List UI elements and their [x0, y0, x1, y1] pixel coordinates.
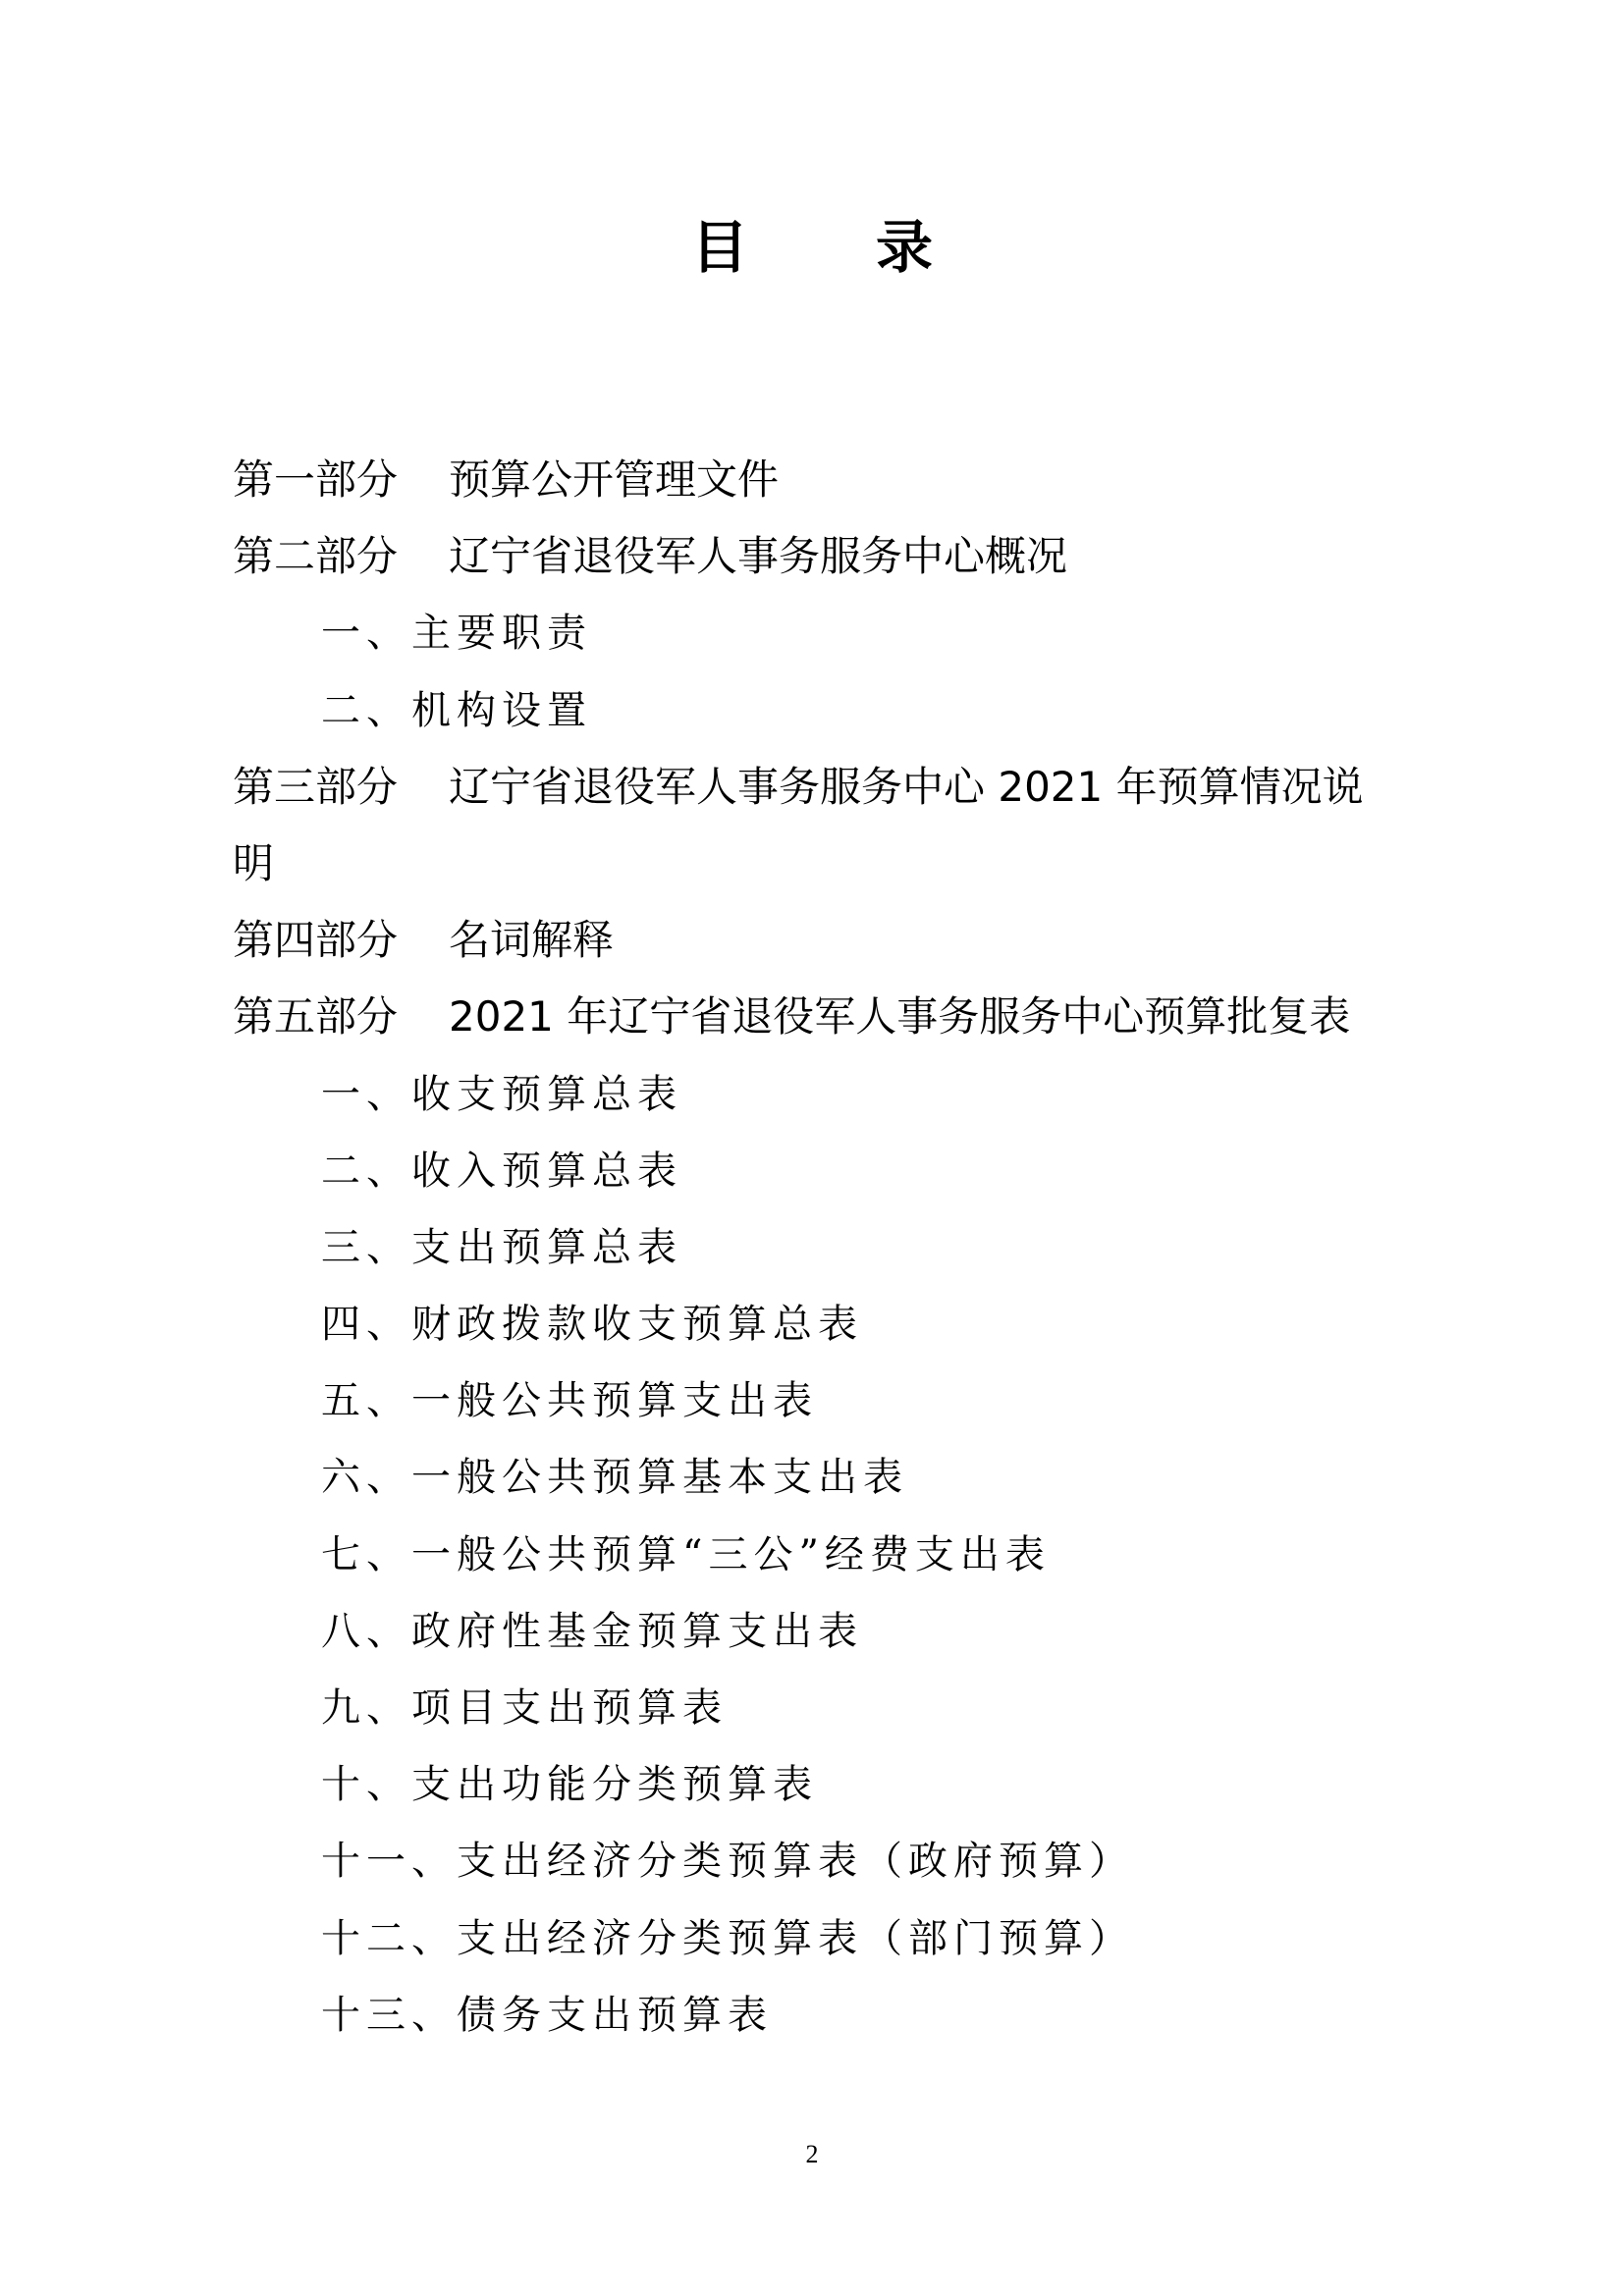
toc-item[interactable]: 十三、债务支出预算表: [233, 1977, 1411, 2054]
toc-item[interactable]: 一、主要职责: [233, 595, 1411, 671]
toc-item[interactable]: 二、机构设置: [233, 672, 1411, 749]
toc-item[interactable]: 十、支出功能分类预算表: [233, 1746, 1411, 1823]
toc-item[interactable]: 四、财政拨款收支预算总表: [233, 1286, 1411, 1362]
toc-part-5[interactable]: 第五部分2021 年辽宁省退役军人事务服务中心预算批复表: [233, 979, 1411, 1055]
toc-item[interactable]: 二、收入预算总表: [233, 1133, 1411, 1209]
page-number: 2: [0, 2140, 1624, 2169]
toc-item[interactable]: 三、支出预算总表: [233, 1209, 1411, 1286]
toc-part-3-continuation[interactable]: 明: [233, 826, 1411, 902]
toc-item[interactable]: 九、项目支出预算表: [233, 1670, 1411, 1746]
title-char-left: 目: [691, 201, 748, 284]
toc-item[interactable]: 十一、支出经济分类预算表（政府预算）: [233, 1823, 1411, 1899]
toc-item[interactable]: 十二、支出经济分类预算表（部门预算）: [233, 1900, 1411, 1977]
toc-part-3[interactable]: 第三部分辽宁省退役军人事务服务中心 2021 年预算情况说: [233, 749, 1411, 826]
toc-item[interactable]: 六、一般公共预算基本支出表: [233, 1439, 1411, 1516]
toc-part-2[interactable]: 第二部分辽宁省退役军人事务服务中心概况: [233, 518, 1411, 595]
toc-part-4[interactable]: 第四部分名词解释: [233, 902, 1411, 979]
toc-item[interactable]: 八、政府性基金预算支出表: [233, 1593, 1411, 1670]
table-of-contents: 第一部分预算公开管理文件 第二部分辽宁省退役军人事务服务中心概况 一、主要职责 …: [233, 442, 1411, 2054]
toc-item[interactable]: 一、收支预算总表: [233, 1056, 1411, 1133]
toc-item[interactable]: 七、一般公共预算“三公”经费支出表: [233, 1517, 1411, 1593]
toc-part-1[interactable]: 第一部分预算公开管理文件: [233, 442, 1411, 518]
title-char-right: 录: [876, 201, 933, 284]
page-title: 目录: [0, 201, 1624, 284]
toc-item[interactable]: 五、一般公共预算支出表: [233, 1362, 1411, 1439]
